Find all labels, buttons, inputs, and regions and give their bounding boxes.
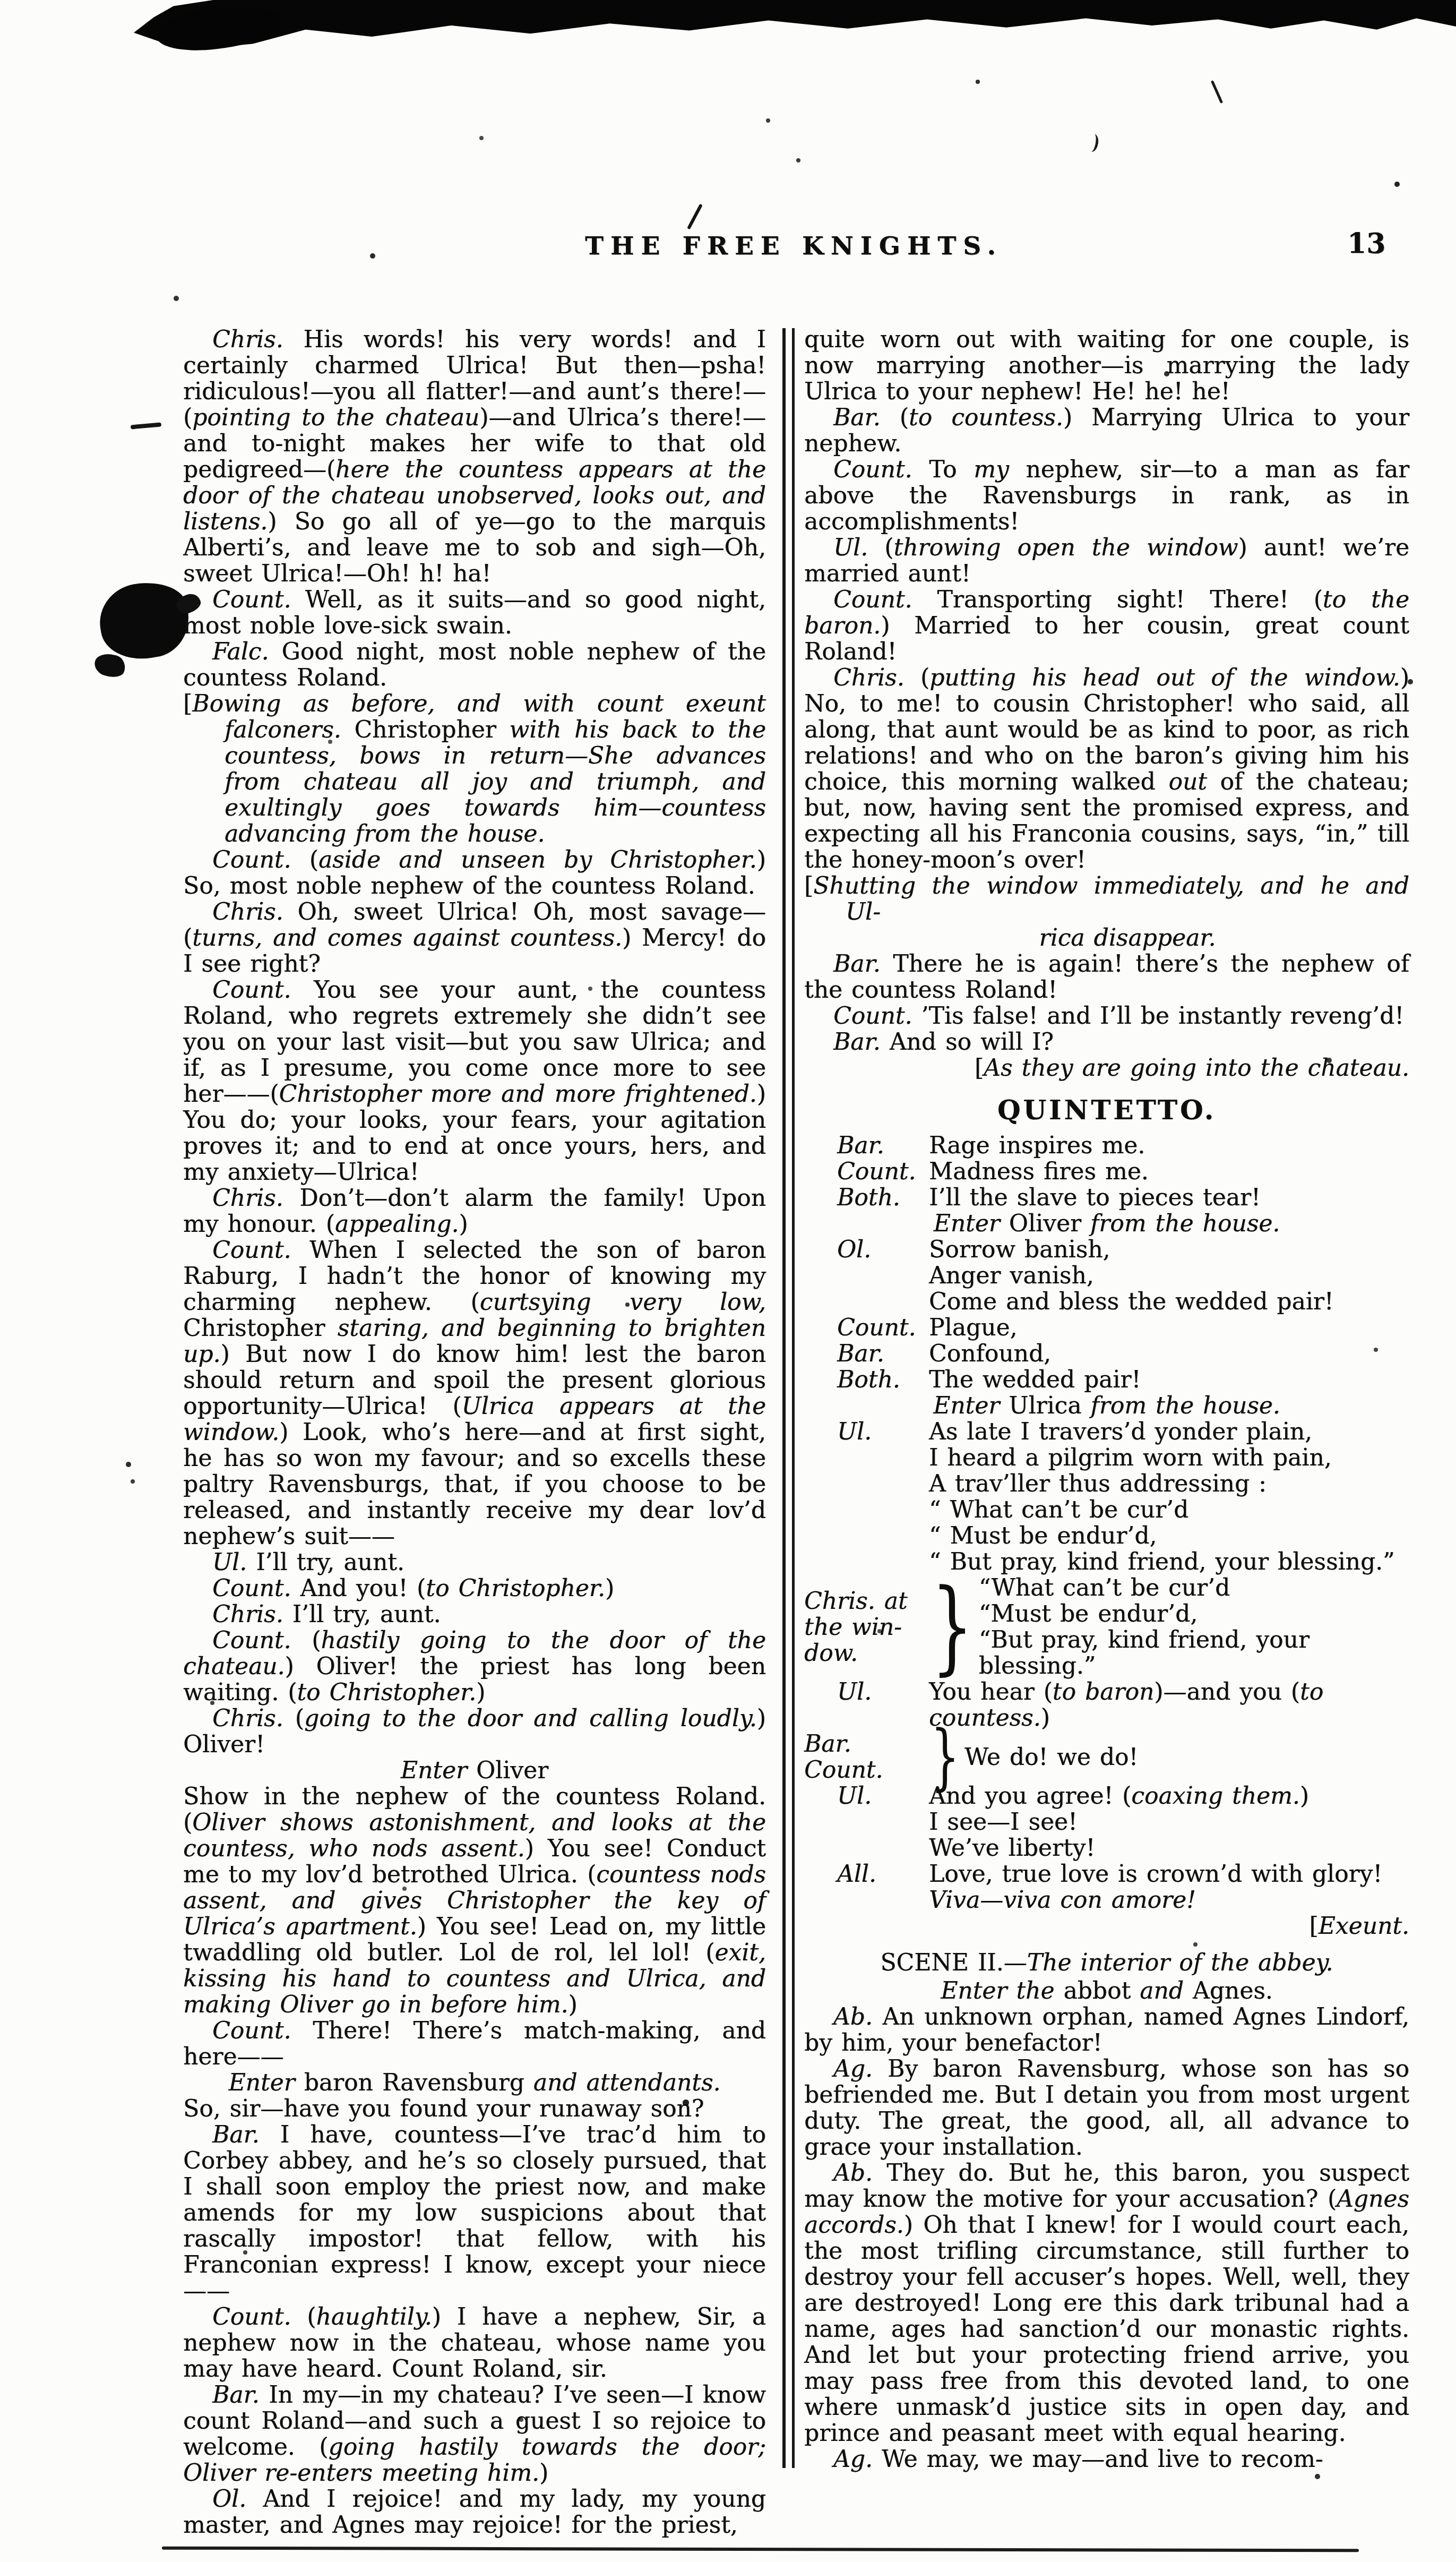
song-line: All.Love, true love is crown’d with glor…	[804, 1861, 1409, 1887]
song-text: And you agree! (coaxing them.)	[929, 1783, 1409, 1809]
song-speaker	[804, 1263, 929, 1289]
speech-paragraph: Count. You see your aunt, the countess R…	[183, 977, 766, 1185]
speech-paragraph: Chris. Don’t—don’t alarm the family! Upo…	[183, 1185, 766, 1237]
speech-paragraph: Bar. And so will I?	[804, 1029, 1409, 1055]
speech-paragraph: Count. Transporting sight! There! (to th…	[804, 587, 1409, 665]
song-text: A trav’ller thus addressing :	[929, 1471, 1409, 1497]
brace-song-lines: “What can’t be cur’d“Must be endur’d,“Bu…	[976, 1575, 1409, 1679]
speech-paragraph: Ab. They do. But he, this baron, you sus…	[804, 2160, 1409, 2446]
song-line: Ul.And you agree! (coaxing them.)	[804, 1783, 1409, 1809]
stage-direction: [Shutting the window immediately, and he…	[804, 873, 1409, 951]
song-line: We’ve liberty!	[804, 1835, 1409, 1861]
page-number: 13	[1347, 227, 1385, 260]
stage-direction: [Bowing as before, and with count exeunt…	[183, 691, 766, 847]
speech-paragraph: Count. (aside and unseen by Christopher.…	[183, 847, 766, 899]
entrance-line: Enter the abbot and Agnes.	[804, 1978, 1409, 2004]
speech-paragraph: Bar. I have, countess—I’ve trac’d him to…	[183, 2122, 766, 2304]
speech-continuation: So, sir—have you found your runaway son?	[183, 2096, 766, 2122]
speech-paragraph: Chris. (going to the door and calling lo…	[183, 1706, 766, 1758]
song-speaker: Ul.	[804, 1419, 929, 1445]
stage-direction-line: [Shutting the window immediately, and he…	[846, 873, 1409, 925]
speech-paragraph: Ul. (throwing open the window) aunt! we’…	[804, 535, 1409, 587]
left-text-column: Chris. His words! his very words! and I …	[183, 327, 766, 2538]
speech-paragraph: Ag. By baron Ravensburg, whose son has s…	[804, 2056, 1409, 2160]
speech-paragraph: Count. When I selected the son of baron …	[183, 1237, 766, 1549]
song-speaker: Ol.	[804, 1237, 929, 1263]
song-text: Sorrow banish,	[929, 1237, 1409, 1263]
song-speaker: All.	[804, 1861, 929, 1887]
stage-direction-right: [As they are going into the chateau.	[804, 1055, 1409, 1081]
song-text: As late I travers’d yonder plain,	[929, 1419, 1409, 1445]
right-text-column: quite worn out with waiting for one coup…	[804, 327, 1409, 2472]
scan-bottom-line	[162, 2547, 1359, 2552]
speech-paragraph: Count. ’Tis false! and I’ll be instantly…	[804, 1003, 1409, 1029]
song-line: A trav’ller thus addressing :	[804, 1471, 1409, 1497]
speech-continuation: quite worn out with waiting for one coup…	[804, 327, 1409, 405]
brace-speaker-labels: Chris. atthe win-dow.	[804, 1588, 929, 1666]
song-speaker: Count.	[804, 1315, 929, 1341]
song-text: The wedded pair!	[929, 1367, 1409, 1393]
song-speaker	[804, 1289, 929, 1315]
speech-paragraph: Count. Well, as it suits—and so good nig…	[183, 587, 766, 639]
speech-paragraph: Count. (haughtily.) I have a nephew, Sir…	[183, 2304, 766, 2382]
speech-paragraph: Ul. I’ll try, aunt.	[183, 1549, 766, 1575]
stray-ink-tick	[1211, 80, 1223, 104]
speech-paragraph: Bar. In my—in my chateau? I’ve seen—I kn…	[183, 2382, 766, 2486]
song-line: “ Must be endur’d,	[804, 1523, 1409, 1549]
speech-paragraph: Count. There! There’s match-making, and …	[183, 2018, 766, 2070]
speech-paragraph: Chris. Oh, sweet Ulrica! Oh, most savage…	[183, 899, 766, 977]
song-brace-group: Bar.Count.}We do! we do!	[804, 1731, 1409, 1783]
song-line: Count.Madness fires me.	[804, 1159, 1409, 1185]
song-speaker: Bar.	[804, 1133, 929, 1159]
stage-direction-right: [Exeunt.	[804, 1913, 1409, 1939]
ink-blot	[94, 577, 194, 665]
song-speaker	[804, 1809, 929, 1835]
song-line: Both.I’ll the slave to pieces tear!	[804, 1185, 1409, 1211]
song-speaker: Both.	[804, 1185, 929, 1211]
song-speaker	[804, 1549, 929, 1575]
song-brace-group: Chris. atthe win-dow.}“What can’t be cur…	[804, 1575, 1409, 1679]
song-text: We’ve liberty!	[929, 1835, 1409, 1861]
song-text: I see—I see!	[929, 1809, 1409, 1835]
entrance-line: Enter Ulrica from the house.	[804, 1393, 1409, 1419]
song-text: Come and bless the wedded pair!	[929, 1289, 1409, 1315]
stage-direction-runover: rica disappear.	[846, 925, 1409, 951]
song-line: I heard a pilgrim worn with pain,	[804, 1445, 1409, 1471]
song-speaker	[804, 1497, 929, 1523]
speech-paragraph: Chris. I’ll try, aunt.	[183, 1601, 766, 1627]
speech-paragraph: Falc. Good night, most noble nephew of t…	[183, 639, 766, 691]
song-speaker: Bar.	[804, 1341, 929, 1367]
song-line: Both.The wedded pair!	[804, 1367, 1409, 1393]
song-text: “ What can’t be cur’d	[929, 1497, 1409, 1523]
speech-paragraph: Count. To my nephew, sir—to a man as far…	[804, 457, 1409, 535]
song-speaker	[804, 1471, 929, 1497]
song-speaker	[804, 1887, 929, 1913]
song-line: “ But pray, kind friend, your blessing.”	[804, 1549, 1409, 1575]
scan-speckles	[0, 0, 2, 2]
song-line: Bar.Rage inspires me.	[804, 1133, 1409, 1159]
song-speaker: Ul.	[804, 1679, 929, 1731]
quintetto-heading: QUINTETTO.	[804, 1097, 1409, 1123]
song-speaker	[804, 1445, 929, 1471]
song-text: I’ll the slave to pieces tear!	[929, 1185, 1409, 1211]
speech-paragraph: Ag. We may, we may—and live to recom-	[804, 2446, 1409, 2472]
song-text: Anger vanish,	[929, 1263, 1409, 1289]
song-line: Viva—viva con amore!	[804, 1887, 1409, 1913]
song-text: Rage inspires me.	[929, 1133, 1409, 1159]
entrance-line: Enter Oliver from the house.	[804, 1211, 1409, 1237]
column-divider-rule	[782, 328, 795, 2468]
brace-speaker-labels: Bar.Count.	[804, 1731, 929, 1783]
song-text: Plague,	[929, 1315, 1409, 1341]
song-text: Confound,	[929, 1341, 1409, 1367]
song-line: Ul.As late I travers’d yonder plain,	[804, 1419, 1409, 1445]
song-speaker: Count.	[804, 1159, 929, 1185]
song-text: Madness fires me.	[929, 1159, 1409, 1185]
running-head-title: THE FREE KNIGHTS.	[585, 232, 1003, 261]
speech-paragraph: Chris. His words! his very words! and I …	[183, 327, 766, 587]
speech-paragraph: Bar. (to countess.) Marrying Ulrica to y…	[804, 405, 1409, 457]
entrance-line: Enter Oliver	[183, 1758, 766, 1784]
song-speaker: Both.	[804, 1367, 929, 1393]
song-line: Ul.You hear (to baron)—and you (to count…	[804, 1679, 1409, 1731]
song-text: “ Must be endur’d,	[929, 1523, 1409, 1549]
song-line: Anger vanish,	[804, 1263, 1409, 1289]
curly-brace-glyph: }	[931, 1721, 960, 1793]
speech-paragraph: Bar. There he is again! there’s the neph…	[804, 951, 1409, 1003]
song-line: Come and bless the wedded pair!	[804, 1289, 1409, 1315]
song-speaker	[804, 1835, 929, 1861]
curly-brace-glyph: }	[931, 1576, 973, 1677]
speech-paragraph: Chris. (putting his head out of the wind…	[804, 665, 1409, 873]
song-text: Viva—viva con amore!	[929, 1887, 1409, 1913]
entrance-line: Enter baron Ravensburg and attendants.	[183, 2070, 766, 2096]
speech-paragraph: Count. (hastily going to the door of the…	[183, 1627, 766, 1706]
speech-paragraph: Count. And you! (to Christopher.)	[183, 1575, 766, 1601]
stray-ink-squiggle	[1085, 133, 1100, 152]
song-line: Ol.Sorrow banish,	[804, 1237, 1409, 1263]
song-line: Bar.Confound,	[804, 1341, 1409, 1367]
song-line: “ What can’t be cur’d	[804, 1497, 1409, 1523]
speech-paragraph: Ol. And I rejoice! and my lady, my young…	[183, 2486, 766, 2538]
stray-ink-tick	[687, 204, 703, 230]
speech-continuation: Show in the nephew of the countess Rolan…	[183, 1784, 766, 2018]
song-speaker: Ul.	[804, 1783, 929, 1809]
scene-heading: SCENE II.—The interior of the abbey.	[804, 1950, 1409, 1976]
song-speaker	[804, 1523, 929, 1549]
scan-edge-smudge	[134, 0, 1456, 51]
song-line: Count.Plague,	[804, 1315, 1409, 1341]
speech-paragraph: Ab. An unknown orphan, named Agnes Lindo…	[804, 2004, 1409, 2056]
song-text: You hear (to baron)—and you (to countess…	[929, 1679, 1409, 1731]
song-text: I heard a pilgrim worn with pain,	[929, 1445, 1409, 1471]
book-page-scan: THE FREE KNIGHTS. 13 Chris. His words! h…	[0, 0, 1456, 2562]
song-text: Love, true love is crown’d with glory!	[929, 1861, 1409, 1887]
song-line: I see—I see!	[804, 1809, 1409, 1835]
margin-pen-dash	[131, 422, 161, 429]
song-text: “ But pray, kind friend, your blessing.”	[929, 1549, 1409, 1575]
brace-song-lines: We do! we do!	[961, 1744, 1409, 1770]
